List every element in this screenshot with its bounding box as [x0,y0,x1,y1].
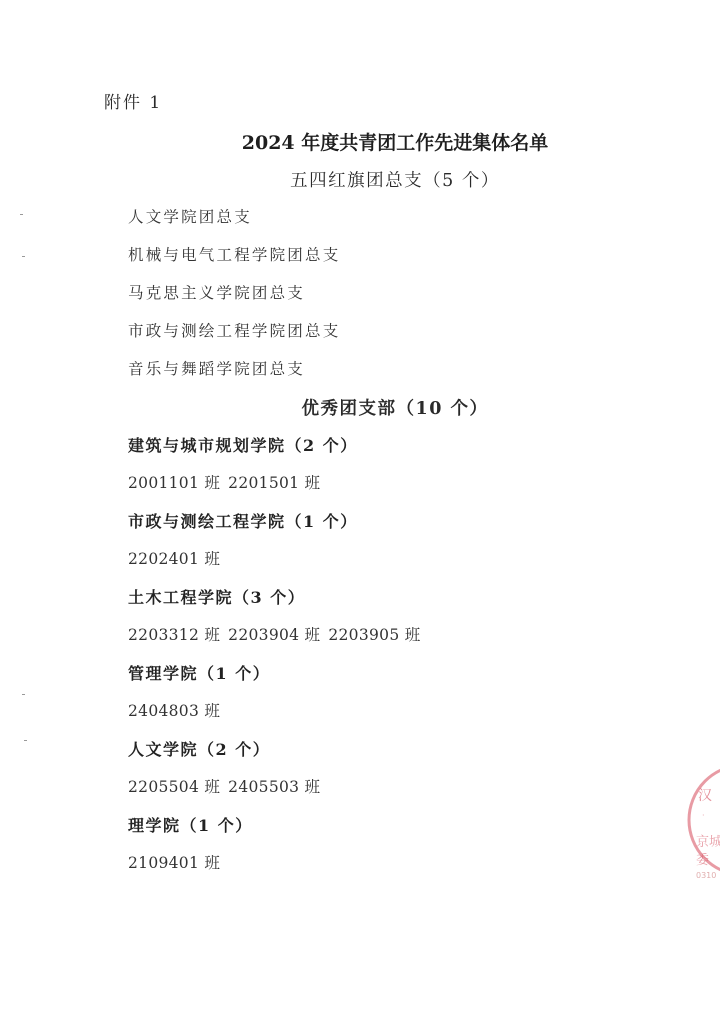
list-item: 人文学院团总支 [128,205,252,227]
section-heading-red-flag: 五四红旗团总支（5 个） [0,167,720,192]
scan-speck [20,214,23,215]
scan-speck [22,694,25,695]
class-list: 2202401 班 [128,547,228,569]
scan-speck [22,256,25,257]
class-item: 2203905 班 [328,626,420,644]
college-heading: 建筑与城市规划学院（2 个） [128,433,358,456]
class-item: 2404803 班 [128,702,220,720]
list-item: 音乐与舞蹈学院团总支 [128,357,305,379]
official-seal-stamp: 汉 · 京城 委 0310 [682,760,720,880]
class-list: 2001101 班2201501 班 [128,471,328,493]
college-heading: 土木工程学院（3 个） [128,585,305,608]
list-item: 市政与测绘工程学院团总支 [128,319,340,341]
college-heading: 管理学院（1 个） [128,661,270,684]
svg-text:京城: 京城 [696,834,720,850]
class-item: 2203904 班 [228,626,320,644]
list-item: 马克思主义学院团总支 [128,281,305,303]
class-list: 2404803 班 [128,699,228,721]
document-title: 2024 年度共青团工作先进集体名单 [0,128,720,155]
class-list: 2205504 班2405503 班 [128,775,328,797]
class-list: 2203312 班2203904 班2203905 班 [128,623,429,645]
class-list: 2109401 班 [128,851,228,873]
class-item: 2205504 班 [128,778,220,796]
svg-text:汉: 汉 [698,788,712,804]
scan-speck [24,740,27,741]
college-heading: 市政与测绘工程学院（1 个） [128,509,358,532]
college-heading: 人文学院（2 个） [128,737,270,760]
svg-text:0310: 0310 [696,871,716,880]
class-item: 2109401 班 [128,854,220,872]
college-heading: 理学院（1 个） [128,813,253,836]
class-item: 2203312 班 [128,626,220,644]
class-item: 2202401 班 [128,550,220,568]
svg-text:·: · [702,811,705,820]
section-heading-excellent-branch: 优秀团支部（10 个） [0,395,720,420]
class-item: 2201501 班 [228,474,320,492]
class-item: 2001101 班 [128,474,220,492]
svg-text:委: 委 [696,853,709,868]
list-item: 机械与电气工程学院团总支 [128,243,340,265]
attachment-label: 附件 1 [104,88,162,113]
class-item: 2405503 班 [228,778,320,796]
